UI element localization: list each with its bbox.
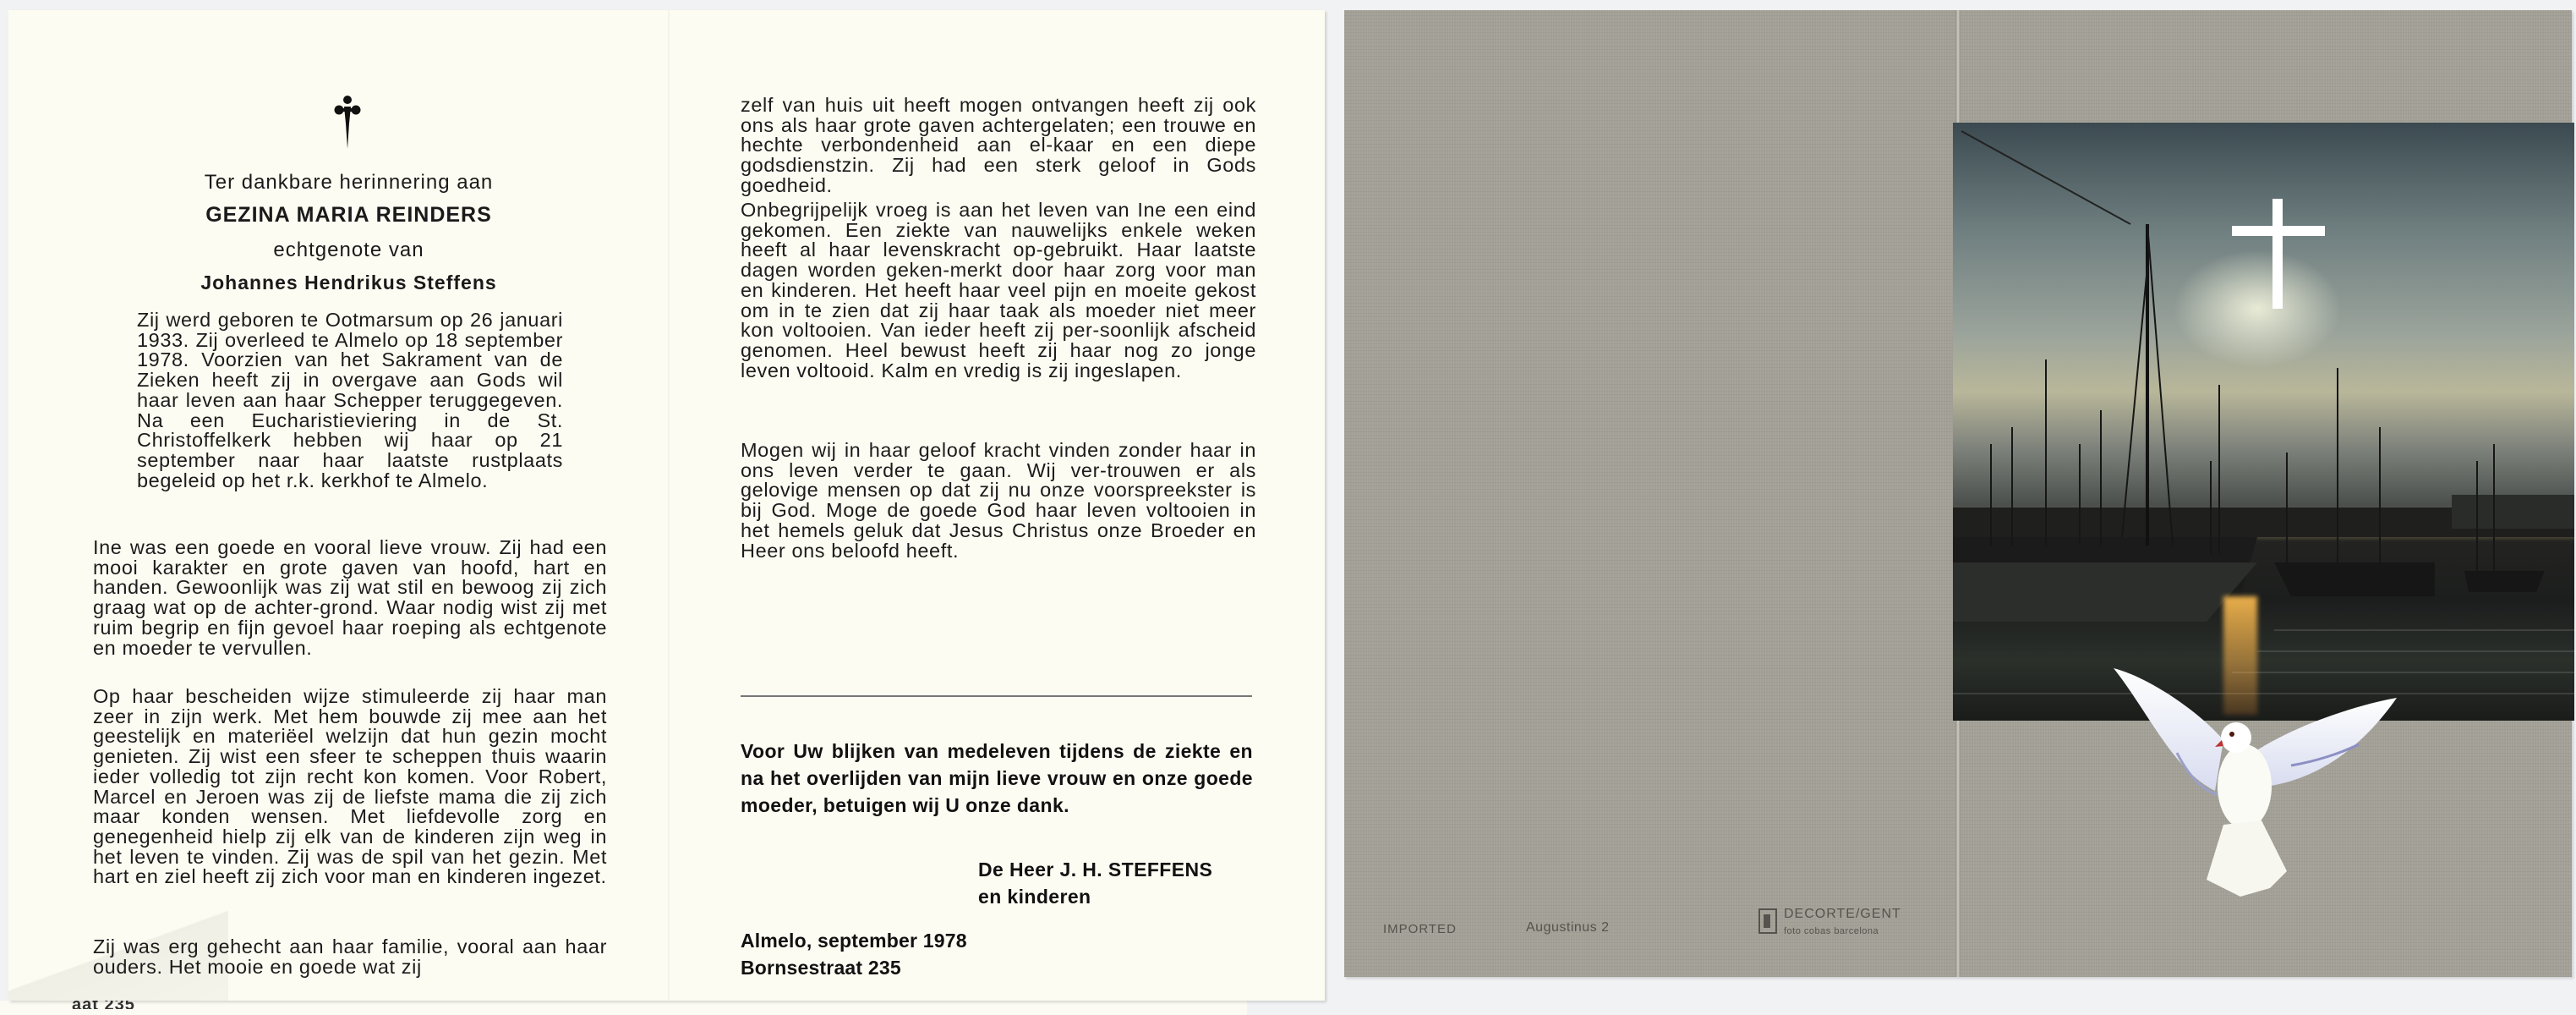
signature-family: en kinderen — [978, 883, 1212, 910]
spouse-name: Johannes Hendrikus Steffens — [118, 272, 579, 294]
memorial-card-inside: Ter dankbare herinnering aan GEZINA MARI… — [8, 10, 1325, 1001]
signature-name: De Heer J. H. STEFFENS — [978, 856, 1212, 883]
footer-imported: IMPORTED — [1383, 922, 1457, 936]
biography-paragraph: Zij werd geboren te Ootmarsum op 26 janu… — [137, 310, 563, 491]
tribute-paragraph: Ine was een goede en vooral lieve vrouw.… — [93, 538, 607, 658]
address: Bornsestraat 235 — [741, 954, 967, 981]
footer-photo-credit: foto cobas barcelona — [1784, 926, 1879, 936]
tribute-paragraph: Zij was erg gehecht aan haar familie, vo… — [93, 937, 607, 977]
place-date: Almelo, september 1978 — [741, 927, 967, 954]
cover-photo — [1953, 123, 2574, 721]
intro-text: Ter dankbare herinnering aan — [118, 171, 579, 195]
footer-publisher: DECORTE/GENT — [1784, 907, 1901, 922]
cross-icon — [328, 95, 367, 151]
tribute-paragraph: Onbegrijpelijk vroeg is aan het leven va… — [741, 200, 1256, 381]
deceased-name: GEZINA MARIA REINDERS — [118, 203, 579, 228]
publisher-logo-icon — [1758, 908, 1777, 934]
underlying-card-strip: aat 235 — [0, 1001, 1247, 1015]
place-and-address: Almelo, september 1978 Bornsestraat 235 — [741, 927, 967, 981]
cross-icon — [2232, 199, 2325, 309]
tribute-paragraph: Op haar bescheiden wijze stimuleerde zij… — [93, 687, 607, 887]
spouse-label: echtgenote van — [118, 239, 579, 262]
tribute-paragraph: Mogen wij in haar geloof kracht vinden z… — [741, 441, 1256, 561]
tribute-paragraph: zelf van huis uit heeft mogen ontvangen … — [741, 96, 1256, 196]
footer-series: Augustinus 2 — [1526, 920, 1610, 935]
signature: De Heer J. H. STEFFENS en kinderen — [978, 856, 1212, 910]
divider-line — [741, 695, 1252, 697]
thanks-note: Voor Uw blijken van medeleven tijdens de… — [741, 738, 1253, 819]
card-fold — [668, 10, 670, 1001]
dove-icon — [2097, 660, 2418, 905]
